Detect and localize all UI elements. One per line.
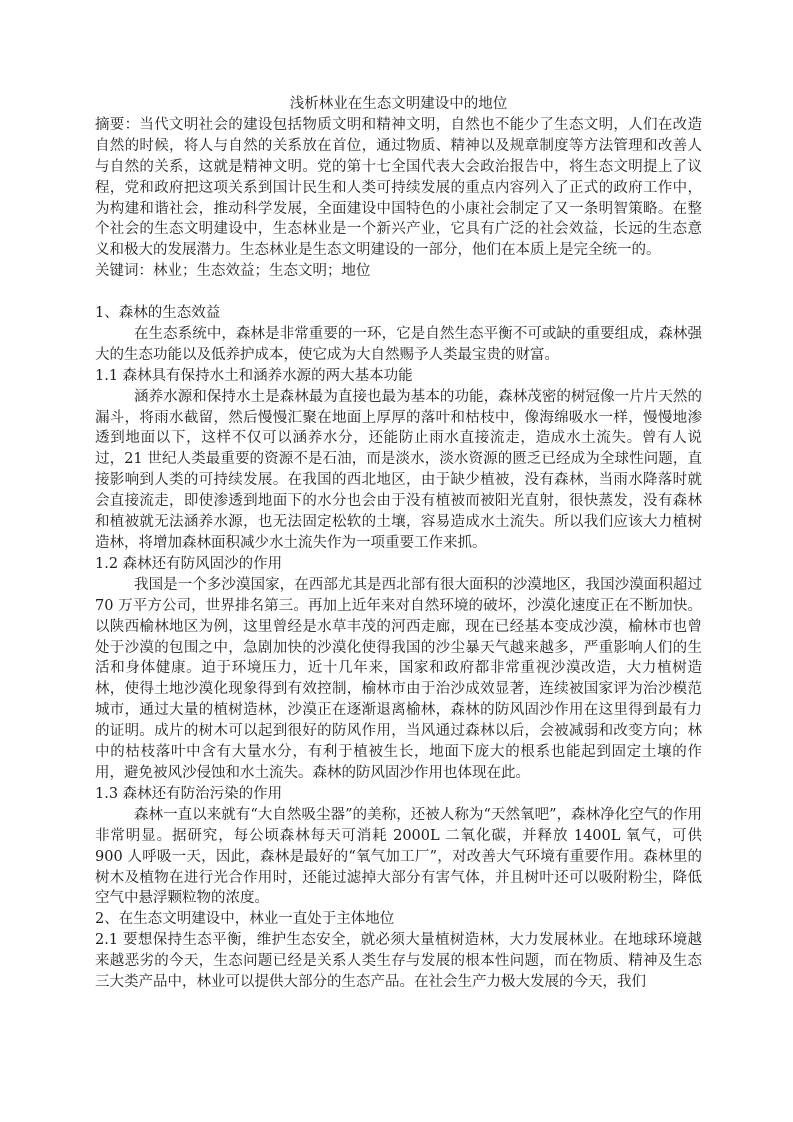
section-1-intro-paragraph: 在生态系统中，森林是非常重要的一环，它是自然生态平衡不可或缺的重要组成，森林强大…	[95, 324, 702, 366]
doc-title: 浅析林业在生态文明建设中的地位	[95, 94, 702, 115]
section-1-3-heading: 1.3 森林还有防治污染的作用	[95, 784, 702, 805]
section-1-heading: 1、森林的生态效益	[95, 303, 702, 324]
abstract-paragraph: 摘要：当代文明社会的建设包括物质文明和精神文明，自然也不能少了生态文明，人们在改…	[95, 115, 702, 261]
document-page: 浅析林业在生态文明建设中的地位 摘要：当代文明社会的建设包括物质文明和精神文明，…	[0, 0, 793, 1122]
document-content: 浅析林业在生态文明建设中的地位 摘要：当代文明社会的建设包括物质文明和精神文明，…	[95, 94, 702, 993]
section-1-2-heading: 1.2 森林还有防风固沙的作用	[95, 554, 702, 575]
section-1-1-paragraph: 涵养水源和保持水土是森林最为直接也最为基本的功能，森林茂密的树冠像一片片天然的漏…	[95, 387, 702, 554]
keywords-line: 关键词：林业；生态效益；生态文明；地位	[95, 261, 702, 282]
section-1-1-heading: 1.1 森林具有保持水土和涵养水源的两大基本功能	[95, 366, 702, 387]
section-1-3-paragraph: 森林一直以来就有“大自然吸尘器”的美称，还被人称为“天然氧吧”，森林净化空气的作…	[95, 805, 702, 910]
section-1-2-paragraph: 我国是一个多沙漠国家，在西部尤其是西北部有很大面积的沙漠地区，我国沙漠面积超过 …	[95, 575, 702, 784]
section-2-1-paragraph: 2.1 要想保持生态平衡，维护生态安全，就必须大量植树造林，大力发展林业。在地球…	[95, 930, 702, 993]
section-2-heading: 2、在生态文明建设中，林业一直处于主体地位	[95, 909, 702, 930]
